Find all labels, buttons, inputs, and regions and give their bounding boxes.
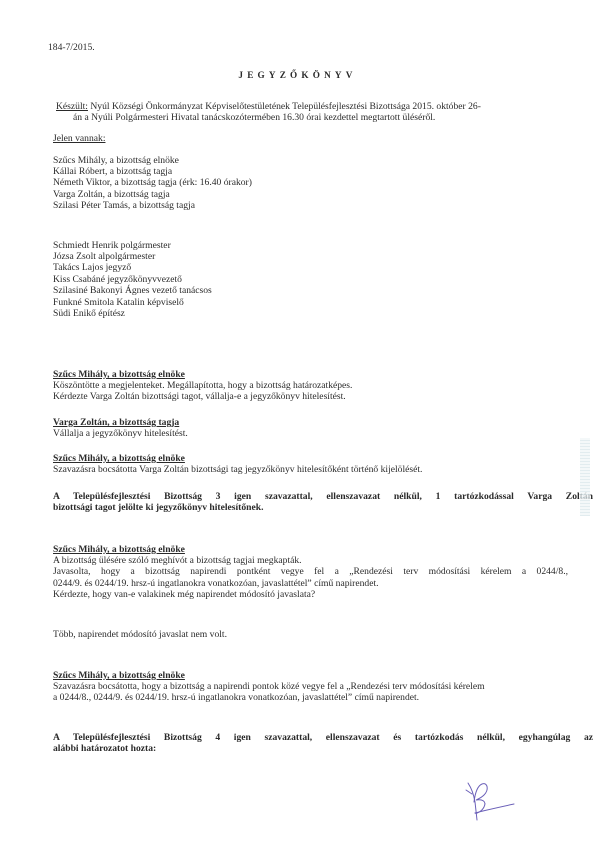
signature-initials-icon: [462, 780, 532, 825]
list-item: Józsa Zsolt alpolgármester: [53, 251, 568, 262]
list-item: Südi Enikő építész: [53, 308, 568, 319]
speaker-heading: Varga Zoltán, a bizottság tagja: [53, 417, 568, 428]
section-line: Kérdezte, hogy van-e valakinek még napir…: [53, 589, 568, 600]
speaker-heading: Szűcs Mihály, a bizottság elnöke: [53, 369, 568, 380]
section-line: Vállalja a jegyzőkönyv hitelesítést.: [53, 428, 568, 439]
committee-members-list: Szűcs Mihály, a bizottság elnöke Kállai …: [53, 155, 568, 211]
intro-line-1: Nyúl Községi Önkormányzat Képviselőtestü…: [88, 101, 481, 112]
section-5: Szűcs Mihály, a bizottság elnöke Szavazá…: [53, 670, 568, 704]
decision-2: A Településfejlesztési Bizottság 4 igen …: [53, 732, 593, 754]
section-line: Szavazásra bocsátotta, hogy a bizottság …: [53, 681, 568, 692]
section-1: Szűcs Mihály, a bizottság elnöke Köszönt…: [53, 369, 568, 403]
reference-number: 184-7/2015.: [48, 42, 95, 53]
intro-label: Készült:: [56, 101, 88, 112]
list-item: Szilasi Péter Tamás, a bizottság tagja: [53, 200, 568, 211]
decision-1: A Településfejlesztési Bizottság 3 igen …: [53, 491, 593, 513]
section-line: a 0244/8., 0244/9. és 0244/19. hrsz-ú in…: [53, 692, 568, 703]
decision-line: alábbi határozatot hozta:: [53, 743, 593, 754]
list-item: Varga Zoltán, a bizottság tagja: [53, 189, 568, 200]
speaker-heading: Szűcs Mihály, a bizottság elnöke: [53, 670, 568, 681]
present-label-block: Jelen vannak:: [53, 133, 568, 144]
intro-line-2: án a Nyúli Polgármesteri Hivatal tanácsk…: [56, 112, 556, 123]
list-item: Kiss Csabáné jegyzőkönyvvezető: [53, 274, 568, 285]
section-line: Kérdezte Varga Zoltán bizottsági tagot, …: [53, 391, 568, 402]
list-item: Németh Viktor, a bizottság tagja (érk: 1…: [53, 177, 568, 188]
decision-line: A Településfejlesztési Bizottság 4 igen …: [53, 732, 593, 743]
section-line: 0244/9. és 0244/19. hrsz-ú ingatlanokra …: [53, 578, 568, 589]
present-label: Jelen vannak:: [53, 133, 568, 144]
list-item: Funkné Smitola Katalin képviselő: [53, 297, 568, 308]
list-item: Takács Lajos jegyző: [53, 262, 568, 273]
speaker-heading: Szűcs Mihály, a bizottság elnöke: [53, 544, 568, 555]
list-item: Szilasiné Bakonyi Ágnes vezető tanácsos: [53, 285, 568, 296]
no-more-proposals: Több, napirendet módosító javaslat nem v…: [53, 629, 568, 640]
section-4: Szűcs Mihály, a bizottság elnöke A bizot…: [53, 544, 568, 600]
section-line: A bizottság ülésére szóló meghívót a biz…: [53, 555, 568, 566]
section-line: Javasolta, hogy a bizottság napirendi po…: [53, 566, 568, 577]
list-item: Kállai Róbert, a bizottság tagja: [53, 166, 568, 177]
guests-list: Funkné Smitola Katalin képviselő Südi En…: [53, 297, 568, 319]
decision-line: bizottsági tagot jelölte ki jegyzőkönyv …: [53, 502, 593, 513]
list-item: Schmiedt Henrik polgármester: [53, 240, 568, 251]
section-2: Varga Zoltán, a bizottság tagja Vállalja…: [53, 417, 568, 439]
section-line: Szavazásra bocsátotta Varga Zoltán bizot…: [53, 464, 568, 475]
section-3: Szűcs Mihály, a bizottság elnöke Szavazá…: [53, 453, 568, 475]
intro-paragraph: Készült: Nyúl Községi Önkormányzat Képvi…: [56, 101, 556, 123]
document-title: JEGYZŐKÖNYV: [0, 70, 595, 81]
statement-line: Több, napirendet módosító javaslat nem v…: [53, 629, 568, 640]
section-line: Köszöntötte a megjelenteket. Megállapíto…: [53, 380, 568, 391]
officials-list: Schmiedt Henrik polgármester Józsa Zsolt…: [53, 240, 568, 296]
speaker-heading: Szűcs Mihály, a bizottság elnöke: [53, 453, 568, 464]
decision-line: A Településfejlesztési Bizottság 3 igen …: [53, 491, 593, 502]
scan-stamp-mark: [580, 438, 590, 516]
list-item: Szűcs Mihály, a bizottság elnöke: [53, 155, 568, 166]
